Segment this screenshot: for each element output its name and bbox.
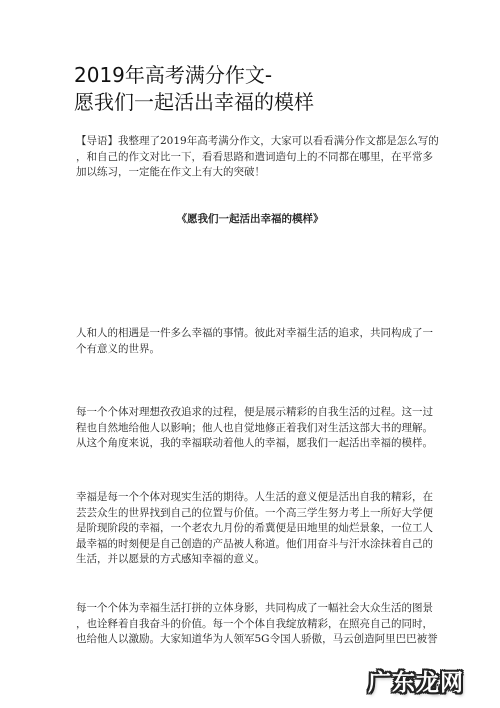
paragraph-line: 也给他人以激励。大家知道华为人领军5G令国人骄傲，马云创造阿里巴巴被誉: [76, 632, 426, 648]
intro-line: 【导语】我整理了2019年高考满分作文，大家可以看看满分作文都是怎么写的: [76, 134, 426, 150]
title-line-2: 愿我们一起活出幸福的模样: [74, 89, 454, 116]
paragraph-1: 人和人的相遇是一件多么幸福的事情。彼此对幸福生活的追求，共同构成了一 个有意义的…: [76, 326, 426, 357]
paragraph-line: 每一个个体对理想孜孜追求的过程，便是展示精彩的自我生活的过程。这一过: [76, 405, 426, 421]
essay-title: 《愿我们一起活出幸福的模样》: [0, 211, 500, 226]
intro-line: 加以练习，一定能在作文上有大的突破！: [76, 165, 426, 181]
document-title: 2019年高考满分作文- 愿我们一起活出幸福的模样: [74, 62, 454, 116]
paragraph-3: 幸福是每一个个体对现实生活的期待。人生活的意义便是活出自我的精彩，在 芸芸众生的…: [76, 490, 426, 568]
paragraph-line: 每一个个体为幸福生活打拼的立体身影，共同构成了一幅社会大众生活的图景: [76, 601, 426, 617]
paragraph-line: 是阶现阶段的幸福，一个老农九月份的希冀便是田地里的灿烂景象，一位工人: [76, 521, 426, 537]
paragraph-line: 程也自然地给他人以影响；他人也自觉地修正着我们对生活这部大书的理解。: [76, 421, 426, 437]
paragraph-line: 个有意义的世界。: [76, 342, 426, 358]
intro-line: ，和自己的作文对比一下，看看思路和遣词造句上的不同都在哪里，在平常多: [76, 150, 426, 166]
title-line-1: 2019年高考满分作文-: [74, 62, 454, 89]
paragraph-line: 生活，并以愿景的方式感知幸福的意义。: [76, 552, 426, 568]
paragraph-line: 最幸福的时刻便是自己创造的产品被人称道。他们用奋斗与汗水涂抹着自己的: [76, 537, 426, 553]
watermark-logo: 广东龙网: [368, 664, 464, 697]
paragraph-line: 从这个角度来说，我的幸福联动着他人的幸福，愿我们一起活出幸福的模样。: [76, 436, 426, 452]
paragraph-line: ，也诠释着自我奋斗的价值。每一个个体自我绽放精彩，在照亮自己的同时，: [76, 617, 426, 633]
paragraph-4: 每一个个体为幸福生活打拼的立体身影，共同构成了一幅社会大众生活的图景 ，也诠释着…: [76, 601, 426, 648]
intro-paragraph: 【导语】我整理了2019年高考满分作文，大家可以看看满分作文都是怎么写的 ，和自…: [76, 134, 426, 181]
paragraph-line: 人和人的相遇是一件多么幸福的事情。彼此对幸福生活的追求，共同构成了一: [76, 326, 426, 342]
paragraph-line: 幸福是每一个个体对现实生活的期待。人生活的意义便是活出自我的精彩，在: [76, 490, 426, 506]
paragraph-line: 芸芸众生的世界找到自己的位置与价值。一个高三学生努力考上一所好大学便: [76, 506, 426, 522]
paragraph-2: 每一个个体对理想孜孜追求的过程，便是展示精彩的自我生活的过程。这一过 程也自然地…: [76, 405, 426, 452]
